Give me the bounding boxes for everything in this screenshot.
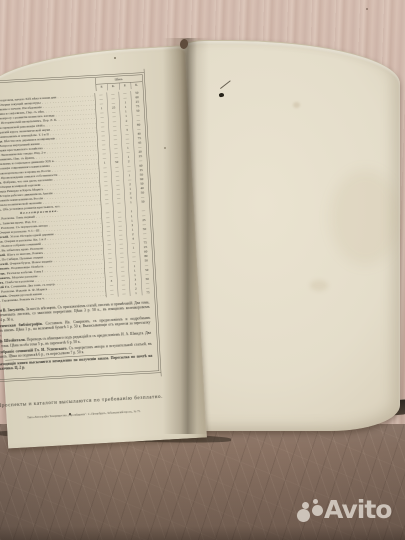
avito-logo-dot-icon: [302, 502, 309, 509]
avito-wordmark: Avito: [324, 496, 391, 523]
printer-imprint: Типо-Литографія Товарищества „Просвѣщені…: [0, 407, 186, 421]
paper-speck: [164, 147, 166, 149]
blank-right-page: [178, 40, 400, 431]
price-subcolumn-label: Р.: [96, 84, 107, 91]
price-subcolumn-label: К.: [107, 83, 119, 90]
frame-corner-tick: [161, 372, 162, 376]
frame-corner-tick: [144, 69, 145, 73]
avito-logo-dot-icon: [313, 499, 318, 504]
avito-watermark: Avito: [296, 495, 400, 531]
entry-text: Гарденины. Романъ въ 2-хъ ч.: [2, 297, 45, 303]
paper-speck: [69, 413, 71, 415]
catalog-left-page: Цѣна. Р.К.Р.К. Абрамовъ. Чаеторговля, на…: [0, 45, 207, 448]
price-cell: 1: [130, 291, 142, 296]
price-subcolumn-label: Р.: [119, 83, 131, 90]
price-cell: 75: [142, 290, 154, 295]
price-cell: —: [118, 292, 130, 297]
price-column-header: Цѣна. Р.К.Р.К.: [95, 75, 142, 91]
price-cell: —: [106, 292, 118, 297]
book-photo: Цѣна. Р.К.Р.К. Абрамовъ. Чаеторговля, на…: [0, 0, 405, 540]
catalog-footer-note: Проспекты и каталоги высылаются по требо…: [0, 392, 188, 409]
avito-logo-dot-icon: [297, 509, 310, 522]
catalog-rows: Абрамовъ. Чаеторговля, начало XIX вѣка и…: [0, 90, 154, 304]
paper-speck: [114, 57, 116, 59]
catalog-table-frame: Цѣна. Р.К.Р.К. Абрамовъ. Чаеторговля, на…: [0, 72, 161, 383]
advertisement-section: Л. Дейчъ и В. Засуличъ. За шесть мѣсяцев…: [0, 298, 158, 380]
avito-logo-dot-icon: [312, 505, 323, 516]
wood-speck: [366, 8, 368, 10]
price-subcolumn-label: К.: [130, 82, 142, 89]
catalog-page-content: Цѣна. Р.К.Р.К. Абрамовъ. Чаеторговля, на…: [0, 46, 207, 448]
